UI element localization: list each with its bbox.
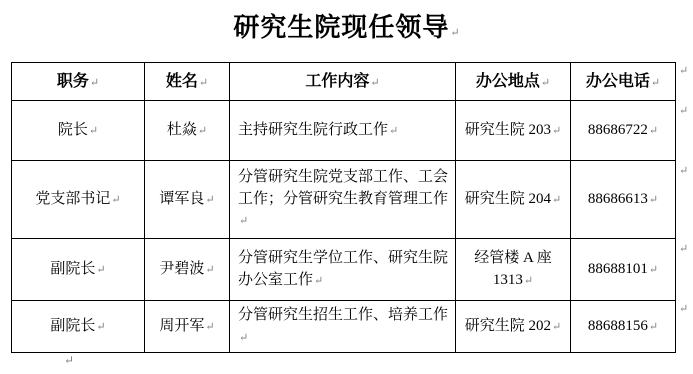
paragraph-mark-icon: ↵ xyxy=(239,215,248,227)
cell-text: 经管楼 A 座 1313 xyxy=(474,250,552,288)
page-title: 研究生院现任领导↵ xyxy=(0,7,693,44)
paragraph-mark-icon: ↵ xyxy=(96,321,105,333)
table-row: 副院长↵ 尹碧波↵ 分管研究生学位工作、研究生院办公室工作↵ 经管楼 A 座 1… xyxy=(12,239,676,301)
header-label: 姓名 xyxy=(166,73,198,90)
cell-text: 分管研究生院党支部工作、工会工作；分管研究生教育管理工作 xyxy=(238,169,448,207)
row-end-paragraph-mark-icon: ↵ xyxy=(679,106,688,117)
cell-text: 院长 xyxy=(58,122,88,138)
column-header-duties: 工作内容↵ xyxy=(230,63,456,101)
paragraph-mark-icon: ↵ xyxy=(111,194,120,206)
paragraph-mark-icon: ↵ xyxy=(198,125,207,137)
cell-text: 研究生院 203 xyxy=(465,122,551,138)
paragraph-mark-icon: ↵ xyxy=(205,194,214,206)
cell-duties: 分管研究生学位工作、研究生院办公室工作↵ xyxy=(230,239,456,301)
row-end-paragraph-mark-icon: ↵ xyxy=(679,304,688,315)
paragraph-mark-icon: ↵ xyxy=(450,27,459,39)
table-row: 副院长↵ 周开军↵ 分管研究生招生工作、培养工作↵ 研究生院 202↵ 8868… xyxy=(12,301,676,353)
cell-text: 研究生院 204 xyxy=(465,191,551,207)
cell-text: 分管研究生学位工作、研究生院办公室工作 xyxy=(238,250,448,288)
paragraph-mark-icon: ↵ xyxy=(552,194,561,206)
cell-office: 研究生院 203↵ xyxy=(456,101,571,161)
paragraph-mark-icon: ↵ xyxy=(649,264,658,276)
header-label: 工作内容 xyxy=(305,73,369,90)
cell-text: 88686613 xyxy=(588,191,648,207)
cell-position: 院长↵ xyxy=(12,101,145,161)
cell-text: 88688156 xyxy=(588,318,648,334)
paragraph-mark-icon: ↵ xyxy=(370,77,379,89)
header-label: 办公地点 xyxy=(476,73,540,90)
paragraph-mark-icon: ↵ xyxy=(239,332,248,344)
paragraph-mark-icon: ↵ xyxy=(541,77,550,89)
cell-phone: 88688156↵ xyxy=(571,301,676,353)
cell-office: 经管楼 A 座 1313↵ xyxy=(456,239,571,301)
document-page: 研究生院现任领导↵ 职务↵ 姓名↵ 工作内容↵ 办公地点↵ 办公电话↵ 院长↵ … xyxy=(0,0,693,374)
table-row: 院长↵ 杜焱↵ 主持研究生院行政工作↵ 研究生院 203↵ 88686722↵ xyxy=(12,101,676,161)
cell-text: 副院长 xyxy=(50,261,95,277)
cell-position: 副院长↵ xyxy=(12,301,145,353)
table-header-row: 职务↵ 姓名↵ 工作内容↵ 办公地点↵ 办公电话↵ xyxy=(12,63,676,101)
cell-text: 研究生院 202 xyxy=(465,318,551,334)
paragraph-mark-icon: ↵ xyxy=(651,77,660,89)
paragraph-mark-icon: ↵ xyxy=(90,77,99,89)
paragraph-mark-icon: ↵ xyxy=(524,275,533,287)
cell-phone: 88688101↵ xyxy=(571,239,676,301)
cell-office: 研究生院 204↵ xyxy=(456,161,571,239)
leadership-table: 职务↵ 姓名↵ 工作内容↵ 办公地点↵ 办公电话↵ 院长↵ 杜焱↵ 主持研究生院… xyxy=(11,62,676,353)
cell-office: 研究生院 202↵ xyxy=(456,301,571,353)
cell-text: 88686722 xyxy=(588,122,648,138)
column-header-name: 姓名↵ xyxy=(145,63,230,101)
paragraph-mark-icon: ↵ xyxy=(552,321,561,333)
cell-text: 杜焱 xyxy=(167,122,197,138)
cell-name: 周开军↵ xyxy=(145,301,230,353)
paragraph-mark-icon: ↵ xyxy=(205,321,214,333)
cell-phone: 88686722↵ xyxy=(571,101,676,161)
row-end-paragraph-mark-icon: ↵ xyxy=(679,244,688,255)
column-header-phone: 办公电话↵ xyxy=(571,63,676,101)
row-end-paragraph-mark-icon: ↵ xyxy=(679,66,688,77)
cell-text: 周开军 xyxy=(159,318,204,334)
paragraph-mark-icon: ↵ xyxy=(205,264,214,276)
cell-position: 副院长↵ xyxy=(12,239,145,301)
paragraph-mark-icon: ↵ xyxy=(389,125,398,137)
cell-text: 副院长 xyxy=(50,318,95,334)
paragraph-mark-icon: ↵ xyxy=(314,275,323,287)
cell-position: 党支部书记↵ xyxy=(12,161,145,239)
cell-text: 分管研究生招生工作、培养工作 xyxy=(238,307,448,323)
paragraph-mark-icon: ↵ xyxy=(64,354,74,366)
table-row: 党支部书记↵ 谭军良↵ 分管研究生院党支部工作、工会工作；分管研究生教育管理工作… xyxy=(12,161,676,239)
paragraph-mark-icon: ↵ xyxy=(649,125,658,137)
cell-phone: 88686613↵ xyxy=(571,161,676,239)
column-header-position: 职务↵ xyxy=(12,63,145,101)
cell-text: 88688101 xyxy=(588,261,648,277)
page-title-text: 研究生院现任领导 xyxy=(233,13,449,42)
cell-name: 尹碧波↵ xyxy=(145,239,230,301)
paragraph-mark-icon: ↵ xyxy=(552,125,561,137)
paragraph-mark-icon: ↵ xyxy=(649,194,658,206)
paragraph-mark-icon: ↵ xyxy=(649,321,658,333)
cell-name: 谭军良↵ xyxy=(145,161,230,239)
cell-duties: 主持研究生院行政工作↵ xyxy=(230,101,456,161)
row-end-paragraph-mark-icon: ↵ xyxy=(679,166,688,177)
cell-text: 尹碧波 xyxy=(159,261,204,277)
cell-text: 谭军良 xyxy=(159,191,204,207)
cell-text: 主持研究生院行政工作 xyxy=(238,122,388,138)
cell-name: 杜焱↵ xyxy=(145,101,230,161)
paragraph-mark-icon: ↵ xyxy=(199,77,208,89)
paragraph-mark-icon: ↵ xyxy=(89,125,98,137)
column-header-office: 办公地点↵ xyxy=(456,63,571,101)
header-label: 职务 xyxy=(57,73,89,90)
cell-duties: 分管研究生招生工作、培养工作↵ xyxy=(230,301,456,353)
header-label: 办公电话 xyxy=(586,73,650,90)
cell-text: 党支部书记 xyxy=(35,191,110,207)
paragraph-mark-icon: ↵ xyxy=(96,264,105,276)
cell-duties: 分管研究生院党支部工作、工会工作；分管研究生教育管理工作↵ xyxy=(230,161,456,239)
